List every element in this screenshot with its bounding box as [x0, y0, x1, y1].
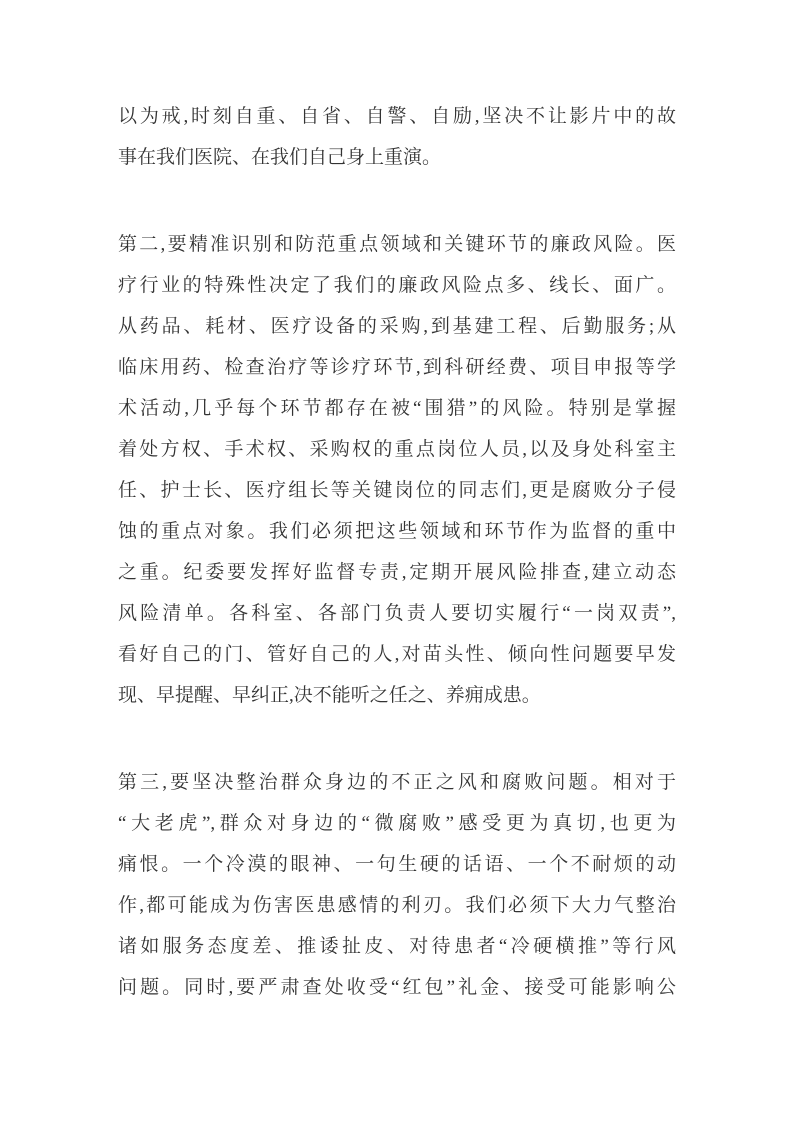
text-line: 术活动,几乎每个环节都存在被“围猎”的风险。特别是掌握: [118, 388, 676, 429]
text-line: 第二,要精准识别和防范重点领域和关键环节的廉政风险。医: [118, 224, 676, 265]
text-line: 蚀的重点对象。我们必须把这些领域和环节作为监督的重中: [118, 511, 676, 552]
text-line: 痛恨。一个冷漠的眼神、一句生硬的话语、一个不耐烦的动: [118, 844, 676, 885]
text-line: “大老虎”,群众对身边的“微腐败”感受更为真切,也更为: [118, 803, 676, 844]
text-line: 现、早提醒、早纠正,决不能听之任之、养痈成患。: [118, 675, 676, 716]
paragraph: 以为戒,时刻自重、自省、自警、自励,坚决不让影片中的故事在我们医院、在我们自己身…: [118, 96, 676, 178]
text-line: 作,都可能成为伤害医患感情的利刃。我们必须下大力气整治: [118, 885, 676, 926]
text-line: 事在我们医院、在我们自己身上重演。: [118, 137, 676, 178]
text-line: 从药品、耗材、医疗设备的采购,到基建工程、后勤服务;从: [118, 306, 676, 347]
text-line: 临床用药、检查治疗等诊疗环节,到科研经费、项目申报等学: [118, 347, 676, 388]
text-line: 以为戒,时刻自重、自省、自警、自励,坚决不让影片中的故: [118, 96, 676, 137]
text-line: 问题。同时,要严肃查处收受“红包”礼金、接受可能影响公: [118, 967, 676, 1008]
document-body: 以为戒,时刻自重、自省、自警、自励,坚决不让影片中的故事在我们医院、在我们自己身…: [118, 96, 676, 1008]
text-line: 着处方权、手术权、采购权的重点岗位人员,以及身处科室主: [118, 429, 676, 470]
text-line: 疗行业的特殊性决定了我们的廉政风险点多、线长、面广。: [118, 265, 676, 306]
paragraph: 第二,要精准识别和防范重点领域和关键环节的廉政风险。医疗行业的特殊性决定了我们的…: [118, 224, 676, 716]
text-line: 看好自己的门、管好自己的人,对苗头性、倾向性问题要早发: [118, 634, 676, 675]
text-line: 诸如服务态度差、推诿扯皮、对待患者“冷硬横推”等行风: [118, 926, 676, 967]
text-line: 第三,要坚决整治群众身边的不正之风和腐败问题。相对于: [118, 762, 676, 803]
paragraph: 第三,要坚决整治群众身边的不正之风和腐败问题。相对于“大老虎”,群众对身边的“微…: [118, 762, 676, 1008]
text-line: 之重。纪委要发挥好监督专责,定期开展风险排查,建立动态: [118, 552, 676, 593]
document-page: 以为戒,时刻自重、自省、自警、自励,坚决不让影片中的故事在我们医院、在我们自己身…: [0, 0, 793, 1122]
text-line: 任、护士长、医疗组长等关键岗位的同志们,更是腐败分子侵: [118, 470, 676, 511]
text-line: 风险清单。各科室、各部门负责人要切实履行“一岗双责”,: [118, 593, 676, 634]
